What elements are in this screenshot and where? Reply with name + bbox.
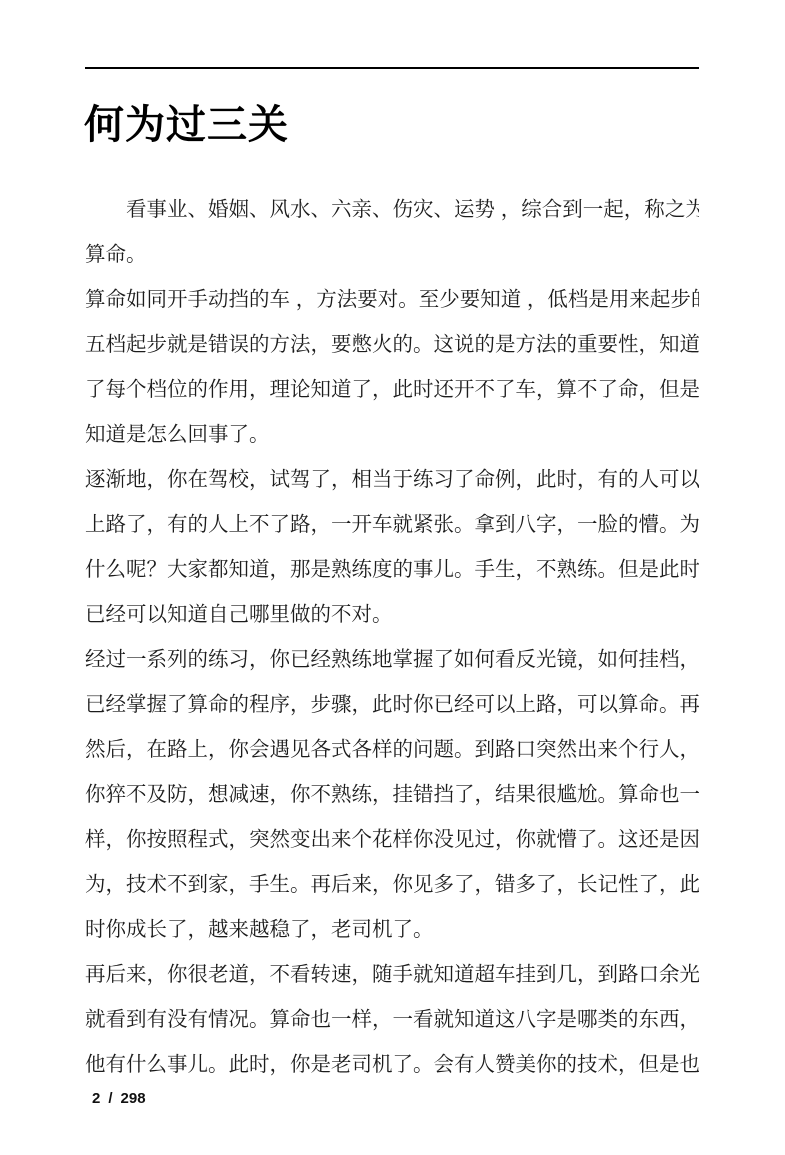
- text-line: 什么呢？大家都知道，那是熟练度的事儿。手生，不熟练。但是此时: [85, 547, 699, 592]
- text-line: 知道是怎么回事了。: [85, 412, 699, 457]
- page-title: 何为过三关: [84, 100, 289, 150]
- document-page: 何为过三关 看事业、婚姻、风水、六亲、伤灾、运势 ，综合到一起，称之为 算命。 …: [0, 0, 785, 1155]
- text-line: 已经可以知道自己哪里做的不对。: [85, 592, 699, 637]
- text-line: 就看到有没有情况。算命也一样，一看就知道这八字是哪类的东西，: [85, 997, 699, 1042]
- page-number-separator: /: [108, 1090, 112, 1107]
- text-line: 经过一系列的练习，你已经熟练地掌握了如何看反光镜，如何挂档，: [85, 637, 699, 682]
- text-line: 样，你按照程式，突然变出来个花样你没见过，你就懵了。这还是因: [85, 817, 699, 862]
- page-number: 2 / 298: [92, 1090, 146, 1107]
- text-line: 算命如同开手动挡的车 ，方法要对。至少要知道 ，低档是用来起步的。: [85, 277, 699, 322]
- text-line: 你猝不及防，想减速，你不熟练，挂错挡了，结果很尴尬。算命也一: [85, 772, 699, 817]
- page-number-total: 298: [121, 1090, 146, 1107]
- text-line: 了每个档位的作用，理论知道了，此时还开不了车，算不了命，但是: [85, 367, 699, 412]
- text-line: 已经掌握了算命的程序，步骤，此时你已经可以上路，可以算命。再: [85, 682, 699, 727]
- text-line: 逐渐地，你在驾校，试驾了，相当于练习了命例，此时，有的人可以: [85, 457, 699, 502]
- text-line: 五档起步就是错误的方法，要憋火的。这说的是方法的重要性，知道: [85, 322, 699, 367]
- header-divider-rule: [85, 67, 699, 69]
- document-body: 看事业、婚姻、风水、六亲、伤灾、运势 ，综合到一起，称之为 算命。 算命如同开手…: [85, 187, 699, 1087]
- text-line: 看事业、婚姻、风水、六亲、伤灾、运势 ，综合到一起，称之为: [85, 187, 699, 232]
- page-number-current: 2: [92, 1090, 100, 1107]
- text-line: 时你成长了，越来越稳了，老司机了。: [85, 907, 699, 952]
- text-line: 然后，在路上，你会遇见各式各样的问题。到路口突然出来个行人，: [85, 727, 699, 772]
- text-line: 上路了，有的人上不了路，一开车就紧张。拿到八字，一脸的懵。为: [85, 502, 699, 547]
- text-line: 算命。: [85, 232, 699, 277]
- text-line: 为，技术不到家，手生。再后来，你见多了，错多了，长记性了，此: [85, 862, 699, 907]
- text-line: 再后来，你很老道，不看转速，随手就知道超车挂到几，到路口余光: [85, 952, 699, 997]
- text-line: 他有什么事儿。此时，你是老司机了。会有人赞美你的技术，但是也: [85, 1042, 699, 1087]
